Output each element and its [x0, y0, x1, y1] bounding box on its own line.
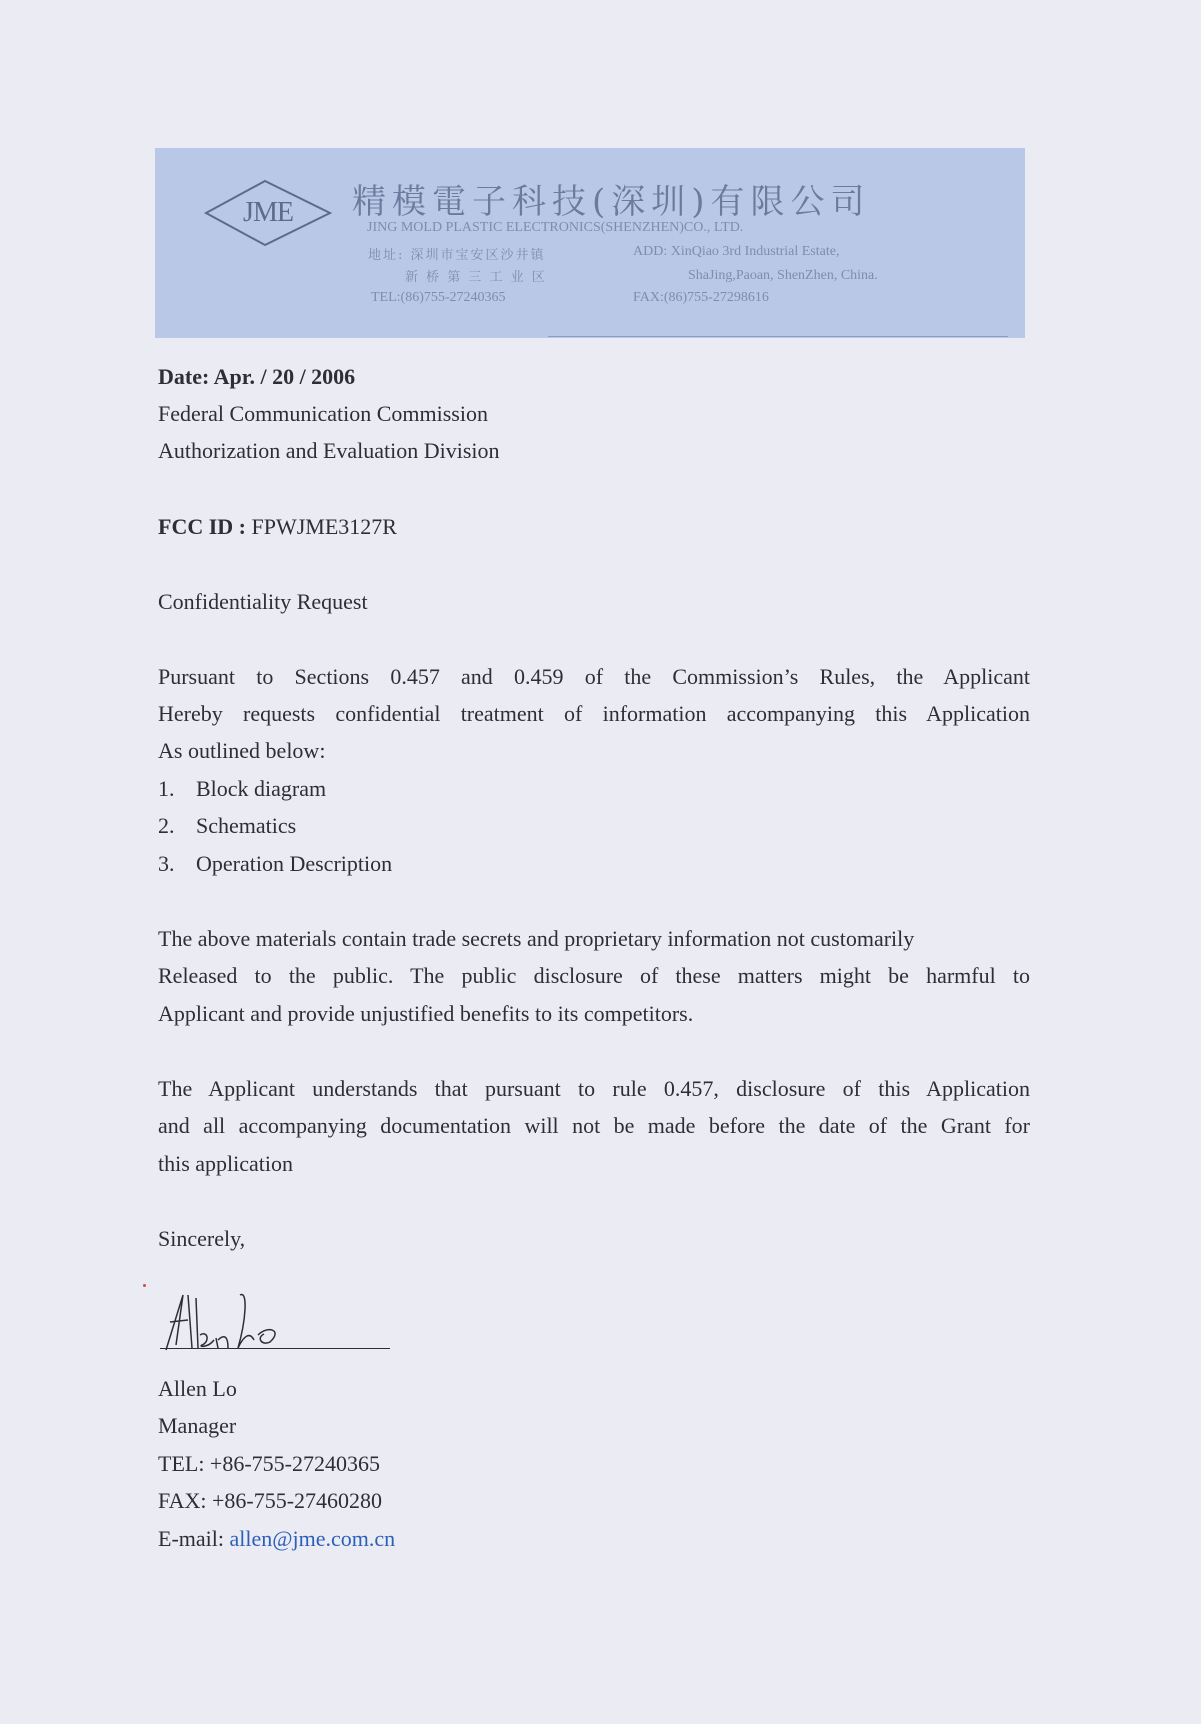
company-name-cn: 精模電子科技(深圳)有限公司	[352, 174, 871, 223]
para2-line-2: Released to the public. The public discl…	[158, 957, 1030, 994]
signature-icon	[158, 1290, 318, 1355]
address-en-1: ADD: XinQiao 3rd Industrial Estate,	[633, 244, 839, 260]
scan-speck	[143, 1284, 146, 1287]
closing: Sincerely,	[158, 1220, 245, 1257]
letterhead-fax: FAX:(86)755-27298616	[633, 290, 769, 306]
list-text: Schematics	[196, 813, 296, 838]
jme-logo: JME	[203, 178, 333, 248]
letterhead: JME 精模電子科技(深圳)有限公司 JING MOLD PLASTIC ELE…	[155, 148, 1025, 338]
signer-title: Manager	[158, 1407, 236, 1444]
email-label: E-mail:	[158, 1526, 229, 1551]
signer-email-line: E-mail: allen@jme.com.cn	[158, 1520, 395, 1557]
letterhead-tel: TEL:(86)755-27240365	[371, 290, 506, 306]
list-item: 2.Schematics	[158, 807, 296, 844]
para1-line-2: Hereby requests confidential treatment o…	[158, 695, 1030, 732]
fcc-id-value: FPWJME3127R	[252, 514, 397, 539]
subject-line: Confidentiality Request	[158, 583, 368, 620]
address-cn-1: 地址: 深圳市宝安区沙井镇	[368, 244, 546, 263]
list-number: 2.	[158, 807, 196, 844]
signer-fax: FAX: +86-755-27460280	[158, 1482, 382, 1519]
signer-name: Allen Lo	[158, 1370, 237, 1407]
list-number: 1.	[158, 770, 196, 807]
fcc-id-label: FCC ID :	[158, 514, 246, 539]
para1-line-1: Pursuant to Sections 0.457 and 0.459 of …	[158, 658, 1030, 695]
recipient-line-1: Federal Communication Commission	[158, 395, 488, 432]
signature-line	[160, 1348, 390, 1349]
address-cn-2: 新 桥 第 三 工 业 区	[405, 266, 547, 285]
para1-line-3: As outlined below:	[158, 732, 325, 769]
recipient-line-2: Authorization and Evaluation Division	[158, 432, 500, 469]
letterhead-underline	[548, 336, 1008, 337]
para2-line-1: The above materials contain trade secret…	[158, 920, 914, 957]
email-link[interactable]: allen@jme.com.cn	[229, 1526, 395, 1551]
list-item: 3.Operation Description	[158, 845, 392, 882]
para3-line-2: and all accompanying documentation will …	[158, 1107, 1030, 1144]
list-text: Operation Description	[196, 851, 392, 876]
list-number: 3.	[158, 845, 196, 882]
para2-line-3: Applicant and provide unjustified benefi…	[158, 995, 693, 1032]
logo-text: JME	[203, 178, 333, 248]
fcc-id-line: FCC ID : FPWJME3127R	[158, 508, 397, 545]
letter-date: Date: Apr. / 20 / 2006	[158, 358, 355, 395]
list-text: Block diagram	[196, 776, 326, 801]
para3-line-1: The Applicant understands that pursuant …	[158, 1070, 1030, 1107]
list-item: 1.Block diagram	[158, 770, 326, 807]
address-en-2: ShaJing,Paoan, ShenZhen, China.	[688, 268, 878, 284]
para3-line-3: this application	[158, 1145, 293, 1182]
company-name-en: JING MOLD PLASTIC ELECTRONICS(SHENZHEN)C…	[367, 220, 743, 236]
signer-tel: TEL: +86-755-27240365	[158, 1445, 380, 1482]
